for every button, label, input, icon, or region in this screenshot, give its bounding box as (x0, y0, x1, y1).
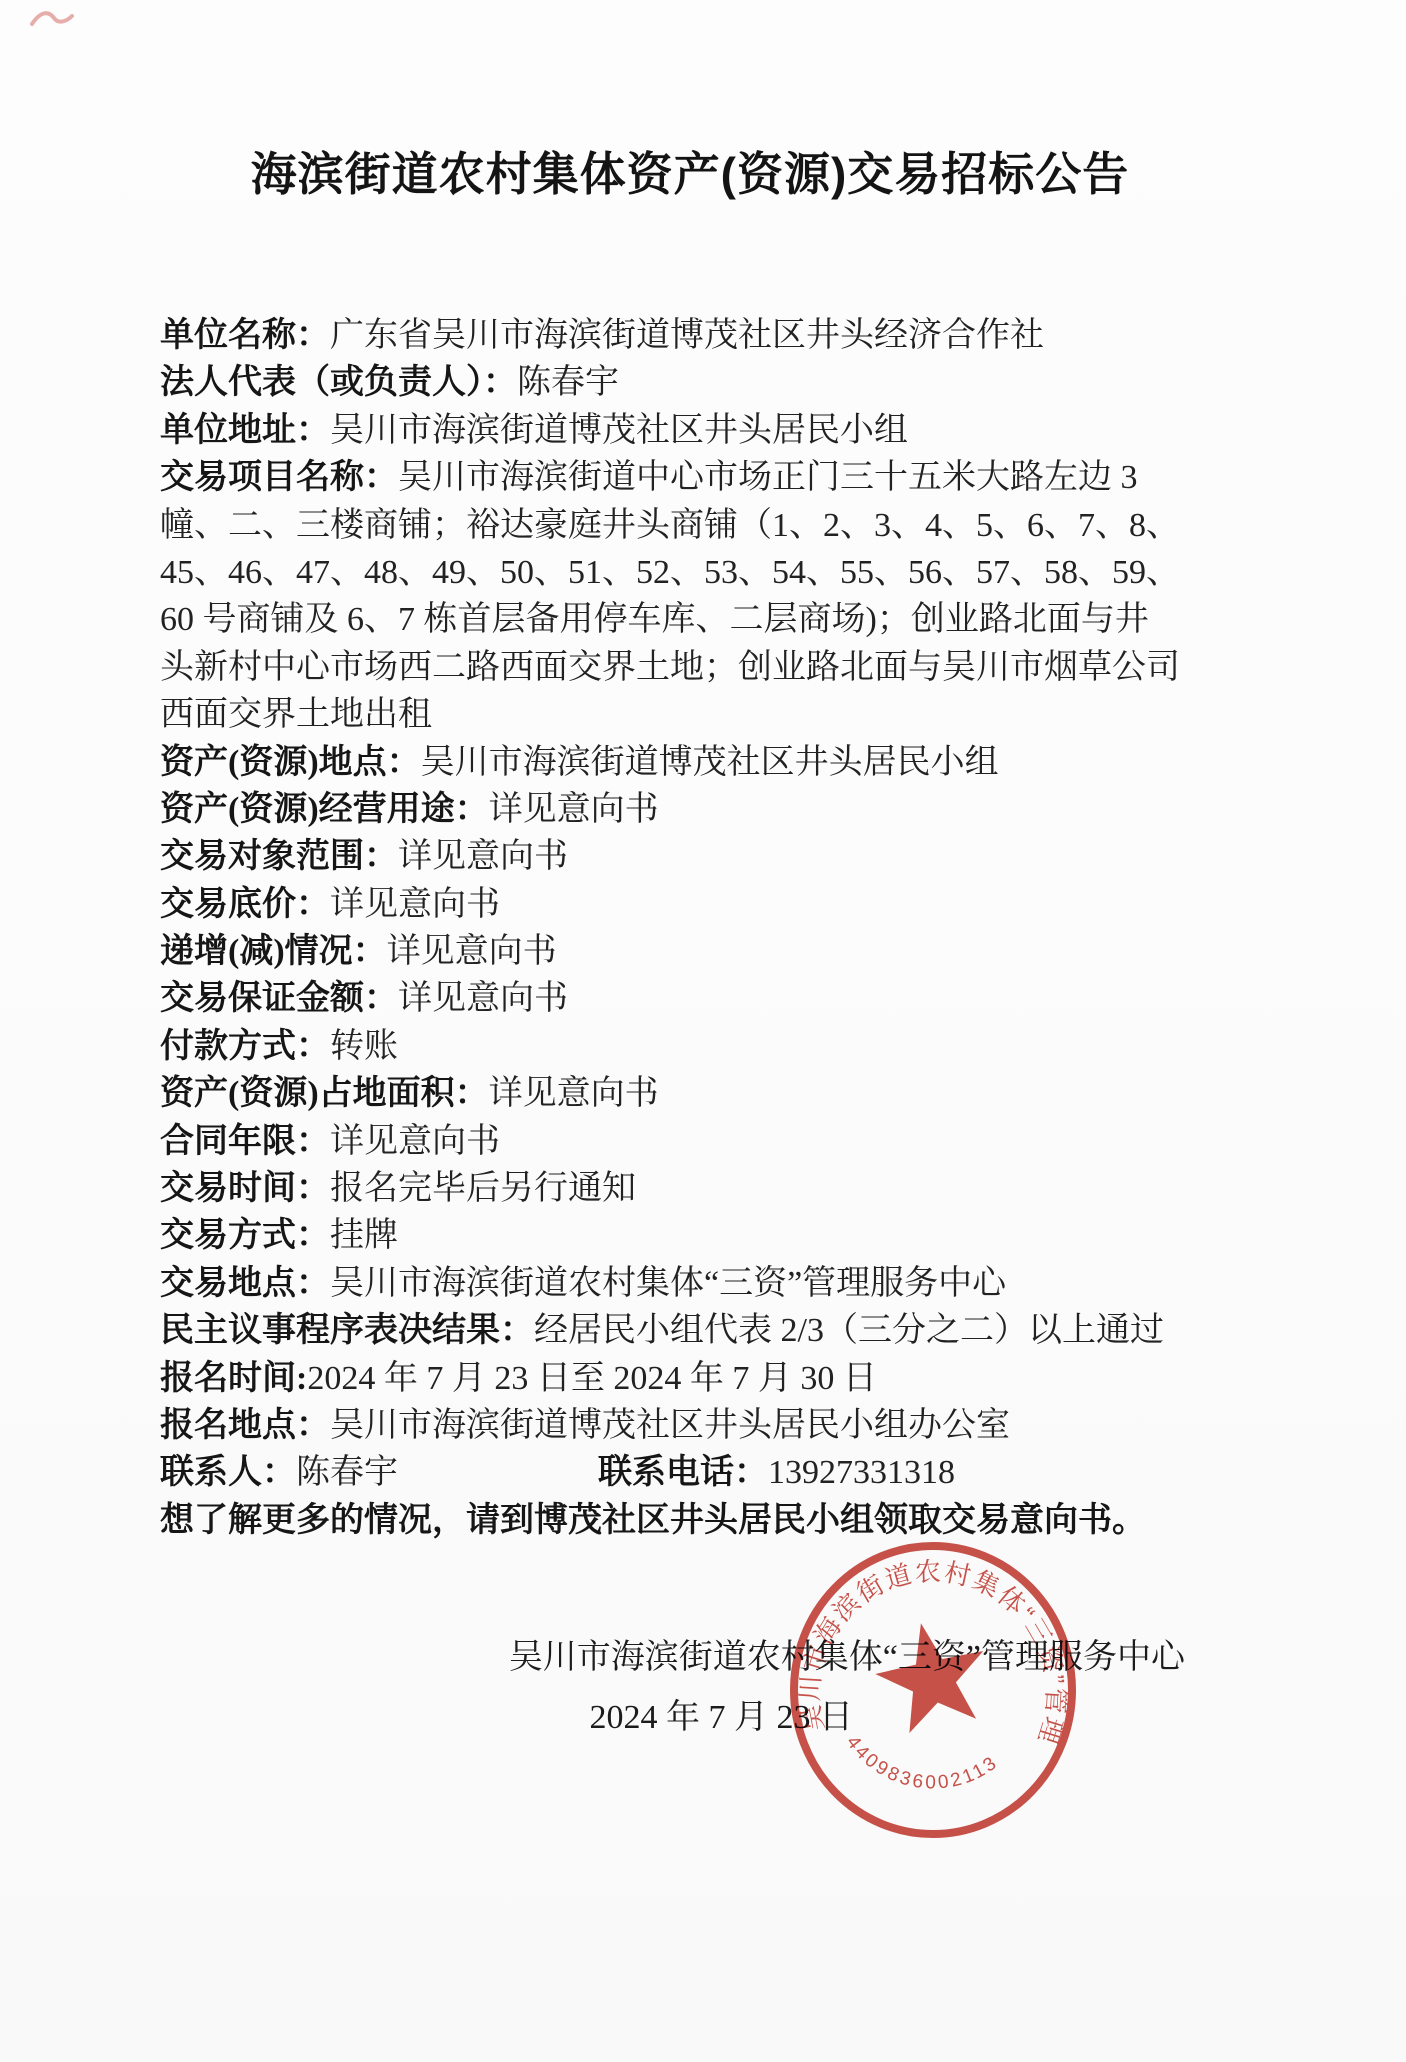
announcement-page: 海滨街道农村集体资产(资源)交易招标公告 单位名称：广东省吴川市海滨街道博茂社区… (0, 0, 1406, 2062)
field-label: 资产(资源)经营用途： (160, 791, 489, 828)
field-label: 合同年限： (160, 1123, 330, 1160)
info-line-asset-usage: 资产(资源)经营用途：详见意向书 (160, 786, 1260, 833)
info-line-increment: 递增(减)情况：详见意向书 (160, 928, 1260, 975)
info-line-contract-term: 合同年限：详见意向书 (160, 1118, 1260, 1165)
field-label: 交易地点： (160, 1265, 330, 1302)
field-label: 资产(资源)地点： (160, 744, 421, 781)
field-value: 幢、二、三楼商铺；裕达豪庭井头商铺（1、2、3、4、5、6、7、8、 (160, 507, 1180, 544)
contact-person-label: 联系人： (160, 1454, 296, 1491)
field-value: 吴川市海滨街道博茂社区井头居民小组办公室 (330, 1407, 1010, 1444)
field-label: 交易时间： (160, 1170, 330, 1207)
info-line-unit-address: 单位地址：吴川市海滨街道博茂社区井头居民小组 (160, 407, 1260, 454)
contact-person: 联系人：陈春宇 (160, 1454, 398, 1491)
field-value: 详见意向书 (489, 1075, 659, 1112)
field-value: 详见意向书 (387, 933, 557, 970)
seal-code-text: 4409836002113 (842, 1732, 1003, 1793)
contact-phone-label: 联系电话： (598, 1454, 768, 1491)
field-value: 详见意向书 (489, 791, 659, 828)
info-line-vote-result: 民主议事程序表决结果：经居民小组代表 2/3（三分之二）以上通过 (160, 1307, 1260, 1354)
field-value: 转账 (330, 1028, 398, 1065)
field-label: 交易方式： (160, 1217, 330, 1254)
field-value: 吴川市海滨街道中心市场正门三十五米大路左边 3 (398, 459, 1138, 496)
field-label: 交易底价： (160, 886, 330, 923)
field-value: 经居民小组代表 2/3（三分之二）以上通过 (534, 1312, 1164, 1349)
field-value: 吴川市海滨街道博茂社区井头居民小组 (421, 744, 999, 781)
info-line-signup-place: 报名地点：吴川市海滨街道博茂社区井头居民小组办公室 (160, 1402, 1260, 1449)
field-label: 法人代表（或负责人）： (160, 364, 517, 401)
field-label: 单位地址： (160, 412, 330, 449)
note-line: 想了解更多的情况，请到博茂社区井头居民小组领取交易意向书。 (160, 1497, 1260, 1544)
field-value: 60 号商铺及 6、7 栋首层备用停车库、二层商场)；创业路北面与井 (160, 601, 1149, 638)
field-label: 交易对象范围： (160, 838, 398, 875)
contact-person-value: 陈春宇 (296, 1454, 398, 1491)
field-value: 广东省吴川市海滨街道博茂社区井头经济合作社 (330, 317, 1044, 354)
info-line-payment-method: 付款方式：转账 (160, 1023, 1260, 1070)
field-value: 头新村中心市场西二路西面交界土地；创业路北面与吴川市烟草公司 (160, 649, 1180, 686)
page-title: 海滨街道农村集体资产(资源)交易招标公告 (0, 138, 1380, 204)
field-value: 详见意向书 (398, 838, 568, 875)
field-value: 报名完毕后另行通知 (330, 1170, 636, 1207)
red-pen-mark (26, 4, 82, 38)
info-line-project-cont-1: 幢、二、三楼商铺；裕达豪庭井头商铺（1、2、3、4、5、6、7、8、 (160, 502, 1260, 549)
info-line-trade-place: 交易地点：吴川市海滨街道农村集体“三资”管理服务中心 (160, 1260, 1260, 1307)
field-value: 45、46、47、48、49、50、51、52、53、54、55、56、57、5… (160, 554, 1180, 591)
field-label: 民主议事程序表决结果： (160, 1312, 534, 1349)
field-label: 报名地点： (160, 1407, 330, 1444)
info-line-trade-time: 交易时间：报名完毕后另行通知 (160, 1165, 1260, 1212)
info-line-signup-time: 报名时间:2024 年 7 月 23 日至 2024 年 7 月 30 日 (160, 1355, 1260, 1402)
field-value: 吴川市海滨街道博茂社区井头居民小组 (330, 412, 908, 449)
info-line-base-price: 交易底价：详见意向书 (160, 881, 1260, 928)
info-line-asset-location: 资产(资源)地点：吴川市海滨街道博茂社区井头居民小组 (160, 739, 1260, 786)
seal-star-icon (867, 1612, 997, 1738)
field-value: 挂牌 (330, 1217, 398, 1254)
field-label: 单位名称： (160, 317, 330, 354)
info-line-project-cont-2: 45、46、47、48、49、50、51、52、53、54、55、56、57、5… (160, 549, 1260, 596)
field-value: 西面交界土地出租 (160, 696, 432, 733)
field-label: 报名时间: (160, 1360, 307, 1397)
info-line-project-cont-5: 西面交界土地出租 (160, 691, 1260, 738)
contact-phone: 联系电话：13927331318 (598, 1449, 955, 1496)
info-line-trade-method: 交易方式：挂牌 (160, 1212, 1260, 1259)
info-line-deposit: 交易保证金额：详见意向书 (160, 975, 1260, 1022)
info-line-floor-area: 资产(资源)占地面积：详见意向书 (160, 1070, 1260, 1117)
official-seal: 吴川市海滨街道农村集体“三资”管理服务中心 4409836002113 (783, 1540, 1083, 1840)
field-value: 详见意向书 (330, 886, 500, 923)
info-line-target-scope: 交易对象范围：详见意向书 (160, 833, 1260, 880)
field-label: 付款方式： (160, 1028, 330, 1065)
field-label: 交易保证金额： (160, 980, 398, 1017)
field-label: 资产(资源)占地面积： (160, 1075, 489, 1112)
field-value: 吴川市海滨街道农村集体“三资”管理服务中心 (330, 1265, 1006, 1302)
info-line-project-cont-4: 头新村中心市场西二路西面交界土地；创业路北面与吴川市烟草公司 (160, 644, 1260, 691)
info-line-unit-name: 单位名称：广东省吴川市海滨街道博茂社区井头经济合作社 (160, 312, 1260, 359)
info-line-project-name: 交易项目名称：吴川市海滨街道中心市场正门三十五米大路左边 3 (160, 454, 1260, 501)
field-label: 交易项目名称： (160, 459, 398, 496)
contact-line: 联系人：陈春宇 联系电话：13927331318 (160, 1449, 1260, 1496)
field-label: 递增(减)情况： (160, 933, 387, 970)
field-value: 陈春宇 (517, 364, 619, 401)
announcement-body: 单位名称：广东省吴川市海滨街道博茂社区井头经济合作社 法人代表（或负责人）：陈春… (160, 312, 1260, 1544)
field-value: 2024 年 7 月 23 日至 2024 年 7 月 30 日 (307, 1360, 877, 1397)
info-line-project-cont-3: 60 号商铺及 6、7 栋首层备用停车库、二层商场)；创业路北面与井 (160, 596, 1260, 643)
info-line-legal-rep: 法人代表（或负责人）：陈春宇 (160, 359, 1260, 406)
field-value: 详见意向书 (398, 980, 568, 1017)
field-value: 详见意向书 (330, 1123, 500, 1160)
contact-phone-value: 13927331318 (768, 1454, 955, 1491)
